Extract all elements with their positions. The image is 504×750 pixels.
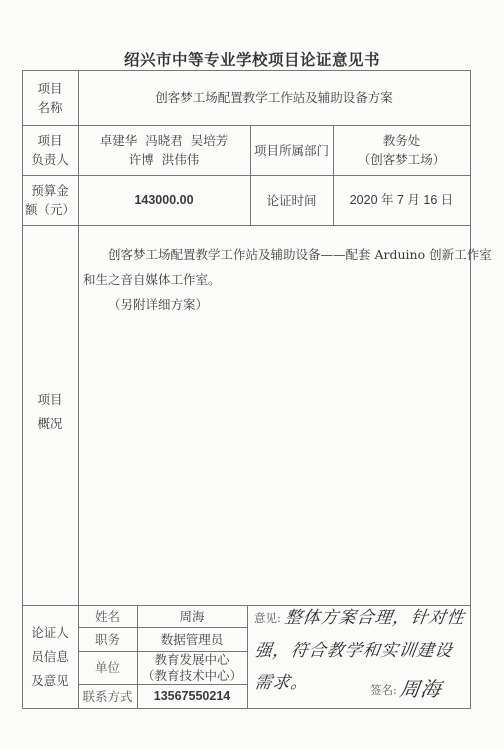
label-line: 名称 bbox=[37, 98, 62, 117]
budget-value: 143000.00 bbox=[78, 175, 250, 225]
project-name-value: 创客梦工场配置教学工作站及辅助设备方案 bbox=[78, 70, 470, 125]
label-line: 项目 bbox=[37, 79, 62, 98]
overview-paragraph: 和生之音自媒体工作室。 bbox=[83, 267, 467, 292]
reviewer-name-label: 姓名 bbox=[78, 605, 137, 627]
handwritten-signature: 周海 bbox=[398, 673, 444, 702]
date-label: 论证时间 bbox=[250, 175, 333, 225]
dept-value: 教务处 （创客梦工场） bbox=[333, 125, 470, 175]
label-line: 及意见 bbox=[31, 669, 69, 693]
reviewer-title-value: 数据管理员 bbox=[137, 627, 247, 651]
handwritten-opinion: 需求。 bbox=[253, 668, 311, 693]
reviewer-title-label: 职务 bbox=[78, 627, 137, 651]
leader-names-line: 卓建华 冯晓君 吴培芳 bbox=[100, 131, 228, 150]
opinion-label: 意见: bbox=[254, 610, 281, 626]
budget-label: 预算金 额（元） bbox=[22, 175, 78, 225]
table-border-right bbox=[470, 70, 471, 709]
col-divider bbox=[247, 605, 248, 708]
overview-text: 创客梦工场配置教学工作站及辅助设备——配套 Arduino 创新工作室 和生之音… bbox=[83, 242, 467, 317]
reviewer-name-value: 周海 bbox=[137, 605, 247, 627]
handwritten-opinion: 整体方案合理，针对性 bbox=[283, 603, 467, 628]
leader-names-line: 许博 洪伟伟 bbox=[129, 150, 199, 169]
label-line: 项目 bbox=[37, 131, 62, 150]
unit-line: 教育发展中心 bbox=[154, 652, 229, 668]
dept-line: 教务处 bbox=[383, 131, 421, 150]
handwritten-opinion: 强，符合教学和实训建设 bbox=[253, 636, 455, 661]
table-border-bottom bbox=[22, 708, 471, 709]
row-divider bbox=[22, 225, 471, 226]
dept-label: 项目所属部门 bbox=[250, 125, 333, 175]
reviewer-contact-label: 联系方式 bbox=[78, 684, 137, 708]
overview-paragraph: 创客梦工场配置教学工作站及辅助设备——配套 Arduino 创新工作室 bbox=[83, 242, 467, 267]
unit-line: （教育技术中心） bbox=[142, 668, 242, 684]
date-value: 2020 年 7 月 16 日 bbox=[333, 175, 470, 225]
label-line: 概况 bbox=[37, 412, 62, 436]
label-line: 额（元） bbox=[25, 200, 75, 219]
label-line: 负责人 bbox=[31, 150, 69, 169]
overview-label: 项目 概况 bbox=[22, 385, 78, 439]
document-title: 绍兴市中等专业学校项目论证意见书 bbox=[0, 48, 504, 70]
leader-value: 卓建华 冯晓君 吴培芳 许博 洪伟伟 bbox=[78, 125, 250, 175]
overview-note: （另附详细方案） bbox=[83, 292, 467, 317]
leader-label: 项目 负责人 bbox=[22, 125, 78, 175]
label-line: 项目 bbox=[37, 388, 62, 412]
reviewer-label: 论证人 员信息 及意见 bbox=[22, 605, 78, 708]
label-line: 员信息 bbox=[31, 645, 69, 669]
reviewer-unit-value: 教育发展中心 （教育技术中心） bbox=[137, 651, 247, 684]
reviewer-contact-value: 13567550214 bbox=[137, 684, 247, 708]
project-name-label: 项目 名称 bbox=[22, 70, 78, 125]
label-line: 预算金 bbox=[31, 181, 69, 200]
signature-label: 签名: bbox=[370, 682, 397, 698]
dept-line: （创客梦工场） bbox=[358, 150, 446, 169]
reviewer-unit-label: 单位 bbox=[78, 651, 137, 684]
label-line: 论证人 bbox=[31, 621, 69, 645]
